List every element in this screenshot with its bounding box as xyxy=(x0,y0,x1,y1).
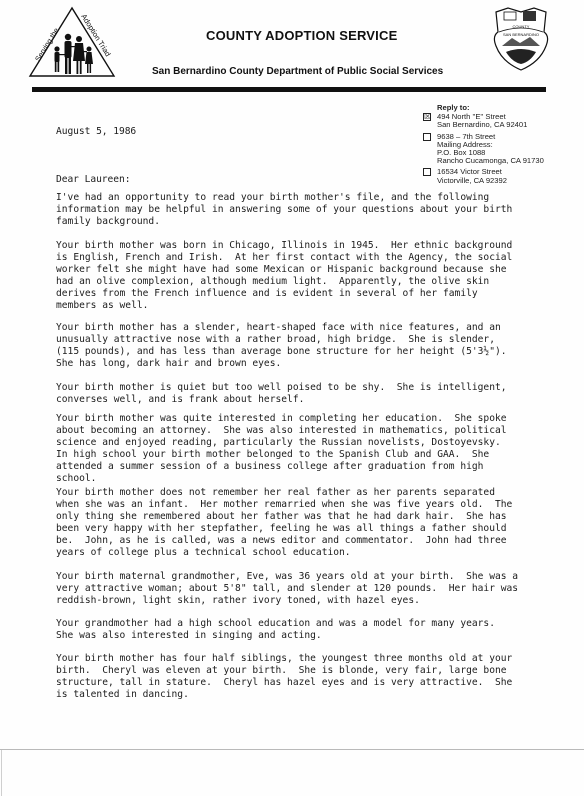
header-rule xyxy=(32,87,546,92)
svg-text:SAN BERNARDINO: SAN BERNARDINO xyxy=(503,32,539,37)
reply-option-san-bernardino: ☒ 494 North ''E'' Street San Bernardino,… xyxy=(437,113,544,129)
letter-page: Serving the Adoption Triad COUNTY ADOPTI… xyxy=(0,0,584,796)
letter-date: August 5, 1986 xyxy=(56,126,136,138)
page-edge-rule xyxy=(0,749,584,750)
reply-option-rancho-cucamonga: 9638 – 7th Street Mailing Address: P.O. … xyxy=(437,133,544,166)
reply-address-line: Victorville, CA 92392 xyxy=(437,177,544,185)
reply-to-block: Reply to: ☒ 494 North ''E'' Street San B… xyxy=(437,104,544,188)
svg-text:COUNTY: COUNTY xyxy=(513,24,530,29)
paragraph-siblings: Your birth mother has four half siblings… xyxy=(56,653,512,701)
paragraph-origin: Your birth mother was born in Chicago, I… xyxy=(56,240,512,313)
page-edge-left xyxy=(1,750,2,796)
org-subtitle: San Bernardino County Department of Publ… xyxy=(152,66,443,77)
paragraph-personality: Your birth mother is quiet but too well … xyxy=(56,382,507,406)
paragraph-education: Your birth mother was quite interested i… xyxy=(56,413,507,486)
paragraph-grandmother: Your birth maternal grandmother, Eve, wa… xyxy=(56,571,518,607)
reply-option-victorville: 16534 Victor Street Victorville, CA 9239… xyxy=(437,168,544,184)
paragraph-grandmother-education: Your grandmother had a high school educa… xyxy=(56,618,495,642)
checkbox-empty-icon xyxy=(423,168,431,176)
paragraph-intro: I've had an opportunity to read your bir… xyxy=(56,192,512,228)
checkbox-checked-icon: ☒ xyxy=(423,113,431,121)
checkbox-empty-icon xyxy=(423,133,431,141)
adoption-triad-logo-icon: Serving the Adoption Triad xyxy=(26,4,118,80)
org-title: COUNTY ADOPTION SERVICE xyxy=(206,28,397,43)
reply-address-line: San Bernardino, CA 92401 xyxy=(437,121,544,129)
reply-address-line: Rancho Cucamonga, CA 91730 xyxy=(437,157,544,165)
paragraph-father: Your birth mother does not remember her … xyxy=(56,487,512,560)
letter-salutation: Dear Laureen: xyxy=(56,174,130,186)
county-seal-icon: COUNTY SAN BERNARDINO xyxy=(490,6,552,72)
reply-to-title: Reply to: xyxy=(437,104,544,112)
paragraph-appearance: Your birth mother has a slender, heart-s… xyxy=(56,322,507,370)
